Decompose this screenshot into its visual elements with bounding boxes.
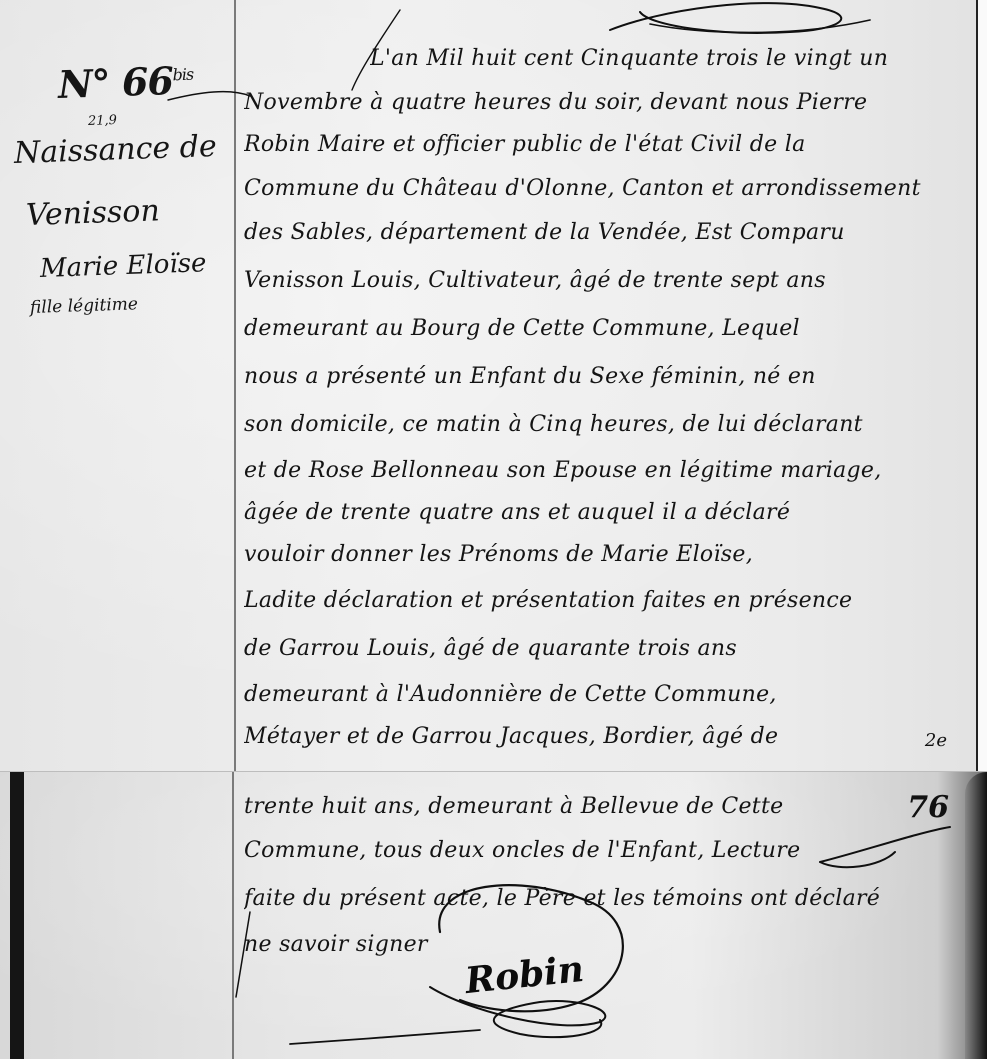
- body-line: vouloir donner les Prénoms de Marie Eloï…: [244, 540, 964, 570]
- scan-fragment-upper: N° 66bis 21,9 Naissance de Venisson Mari…: [0, 0, 987, 771]
- body-line: nous a présenté un Enfant du Sexe fémini…: [244, 362, 964, 392]
- page-number-top: 2e: [925, 730, 947, 751]
- body-line: Commune du Château d'Olonne, Canton et a…: [244, 174, 964, 204]
- body-line: âgée de trente quatre ans et auquel il a…: [244, 498, 964, 528]
- signature-flourish: [0, 772, 987, 1059]
- margin-status: fille légitime: [30, 294, 139, 318]
- margin-given-names: Marie Eloïse: [39, 248, 206, 284]
- body-line: son domicile, ce matin à Cinq heures, de…: [244, 410, 964, 440]
- body-line: des Sables, département de la Vendée, Es…: [244, 218, 964, 248]
- scan-fragment-lower: trente huit ans, demeurant à Bellevue de…: [0, 771, 987, 1059]
- body-line: Métayer et de Garrou Jacques, Bordier, â…: [244, 722, 964, 752]
- body-line: Novembre à quatre heures du soir, devant…: [244, 88, 964, 118]
- body-line: de Garrou Louis, âgé de quarante trois a…: [244, 634, 964, 664]
- entry-number: N° 66bis: [57, 57, 194, 107]
- margin-title: Naissance de: [13, 129, 217, 171]
- body-line: Robin Maire et officier public de l'état…: [244, 130, 964, 160]
- margin-surname: Venisson: [25, 193, 160, 233]
- body-line: Ladite déclaration et présentation faite…: [244, 586, 964, 616]
- entry-subnumber: 21,9: [88, 113, 117, 129]
- body-line: demeurant au Bourg de Cette Commune, Leq…: [244, 314, 964, 344]
- body-line: et de Rose Bellonneau son Epouse en légi…: [244, 456, 964, 486]
- body-line: L'an Mil huit cent Cinquante trois le vi…: [370, 44, 970, 74]
- entry-number-suffix: bis: [172, 65, 193, 85]
- entry-number-text: N° 66: [57, 58, 173, 107]
- body-line: Venisson Louis, Cultivateur, âgé de tren…: [244, 266, 964, 296]
- body-line: demeurant à l'Audonnière de Cette Commun…: [244, 680, 964, 710]
